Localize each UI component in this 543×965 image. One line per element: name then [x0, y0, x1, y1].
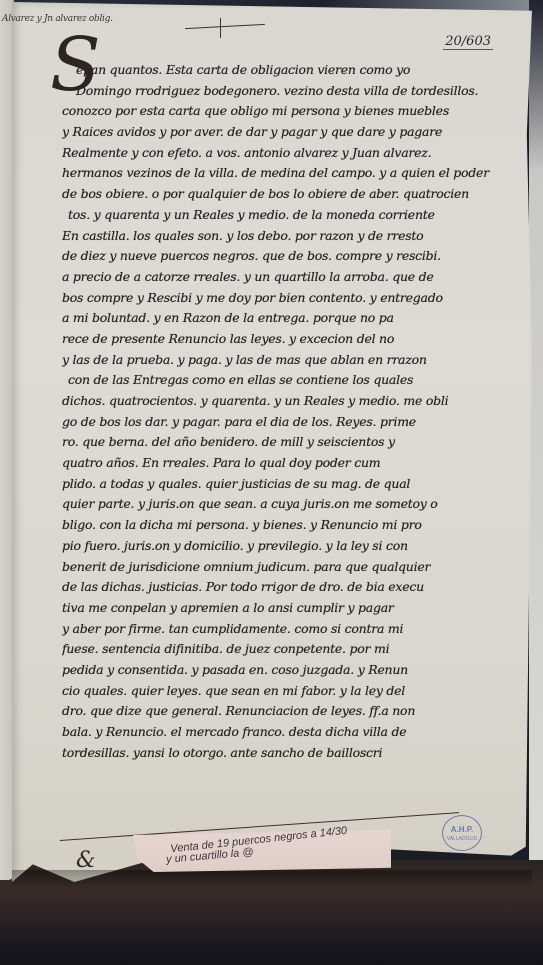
text-line: pio fuero. juris.on y domicilio. y previ…: [62, 536, 524, 557]
text-line: de diez y nueve puercos negros. que de b…: [62, 246, 524, 267]
text-line: dro. que dize que general. Renunciacion …: [62, 701, 524, 722]
text-line: y Raices avidos y por aver. de dar y pag…: [62, 122, 524, 143]
text-line: En castilla. los quales son. y los debo.…: [62, 226, 524, 247]
text-line: tordesillas. yansi lo otorgo. ante sanch…: [62, 743, 524, 764]
text-line: Domingo rrodriguez bodegonero. vezino de…: [62, 81, 524, 102]
text-line: a precio de a catorze rreales. y un quar…: [62, 267, 524, 288]
text-line: quatro años. En rreales. Para lo qual do…: [62, 453, 524, 474]
text-line: conozco por esta carta que obligo mi per…: [62, 101, 524, 122]
text-line: quier parte. y juris.on que sean. a cuya…: [62, 494, 524, 515]
page-shadow: [12, 870, 532, 890]
text-line: bos compre y Rescibi y me doy por bien c…: [62, 288, 524, 309]
folio-number: 20/603: [443, 34, 493, 50]
text-line: tos. y quarenta y un Reales y medio. de …: [62, 205, 524, 226]
text-line: plido. a todas y quales. quier justicias…: [62, 474, 524, 495]
notary-rubric: &: [76, 848, 96, 873]
text-line: y las de la prueba. y paga. y las de mas…: [62, 350, 524, 371]
archive-stamp: A.H.P. VALLADOLID: [442, 815, 482, 851]
manuscript-text: epan quantos. Esta carta de obligacion v…: [62, 60, 524, 763]
text-line: hermanos vezinos de la villa. de medina …: [62, 163, 524, 184]
text-line: pedida y consentida. y pasada en. coso j…: [62, 660, 524, 681]
text-line: de bos obiere. o por qualquier de bos lo…: [62, 184, 524, 205]
stamp-place: VALLADOLID: [447, 836, 477, 842]
text-line: go de bos los dar. y pagar. para el dia …: [62, 412, 524, 433]
text-line: benerit de jurisdicione omnium judicum. …: [62, 557, 524, 578]
text-line: a mi boluntad. y en Razon de la entrega.…: [62, 308, 524, 329]
text-line: Realmente y con efeto. a vos. antonio al…: [62, 143, 524, 164]
text-line: fuese. sentencia difinitiba. de juez con…: [62, 639, 524, 660]
text-line: bligo. con la dicha mi persona. y bienes…: [62, 515, 524, 536]
text-line: epan quantos. Esta carta de obligacion v…: [62, 60, 524, 81]
facing-page-edge: [0, 0, 14, 880]
stamp-acronym: A.H.P.: [451, 825, 474, 834]
text-line: ro. que berna. del año benidero. de mill…: [62, 432, 524, 453]
background-right: [529, 0, 543, 860]
text-line: con de las Entregas como en ellas se con…: [62, 370, 524, 391]
cross-mark-vertical: [220, 18, 221, 38]
text-line: y aber por firme. tan cumplidamente. com…: [62, 619, 524, 640]
text-line: bala. y Renuncio. el mercado franco. des…: [62, 722, 524, 743]
text-line: de las dichas. justicias. Por todo rrigo…: [62, 577, 524, 598]
text-line: dichos. quatrocientos. y quarenta. y un …: [62, 391, 524, 412]
text-line: rece de presente Renuncio las leyes. y e…: [62, 329, 524, 350]
text-line: cio quales. quier leyes. que sean en mi …: [62, 681, 524, 702]
text-line: tiva me conpelan y apremien a lo ansi cu…: [62, 598, 524, 619]
